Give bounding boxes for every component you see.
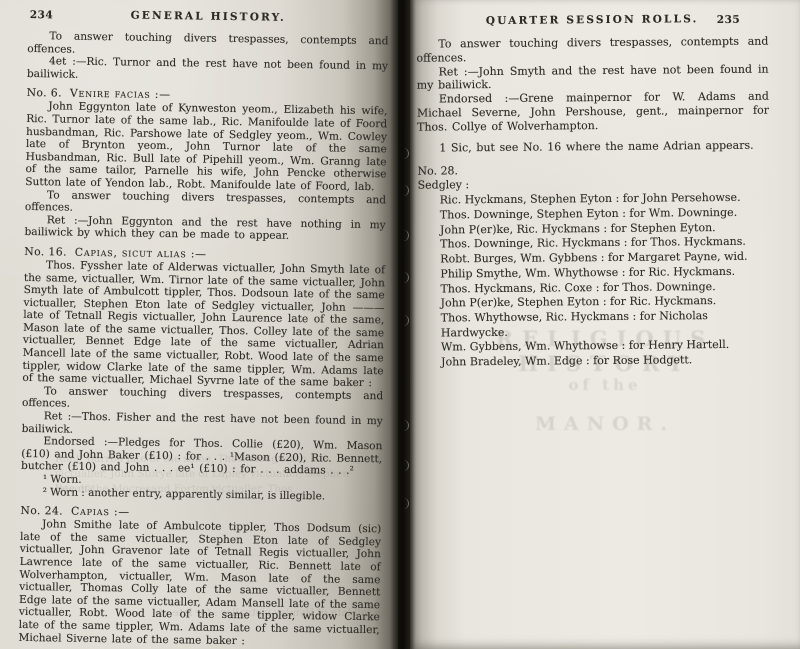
book-spine-gutter <box>390 0 416 649</box>
running-header: QUARTER SESSION ROLLS. <box>416 13 768 28</box>
right-page-content: QUARTER SESSION ROLLS. 235 To answer tou… <box>410 0 800 649</box>
pledge-entry: John Bradeley, Wm. Edge : for Rose Hodge… <box>441 353 771 371</box>
section-title: Capias :— <box>71 505 130 519</box>
paragraph-names: John Smithe late of Ambulcote tippler, T… <box>18 518 381 649</box>
section-number: No. 6. <box>27 86 63 100</box>
stitch-mark <box>401 272 409 283</box>
sic-note: 1 Sic, but see No. 16 where the name Adr… <box>417 138 769 155</box>
page-number: 234 <box>30 9 54 21</box>
running-header: GENERAL HISTORY. <box>28 8 389 25</box>
left-page: Robt. Barron late of the same, Thos. Hod… <box>0 0 398 649</box>
section-title: Venire facias :— <box>70 87 171 101</box>
section-number: No. 16. <box>24 245 67 259</box>
section-number: No. 24. <box>20 504 63 518</box>
stitch-mark <box>401 420 409 431</box>
book-scan: Robt. Barron late of the same, Thos. Hod… <box>0 0 800 649</box>
paragraph-names: John Eggynton late of Kynweston yeom., E… <box>25 100 387 194</box>
stitch-mark <box>401 498 409 509</box>
paragraph-endorsed: Endorsed :—Pledges for Thos. Collie (£20… <box>21 435 383 478</box>
left-page-content: 234 GENERAL HISTORY. To answer touching … <box>0 0 398 649</box>
stitch-mark <box>401 230 409 241</box>
paragraph-return: 4et :—Ric. Turnor and the rest have not … <box>27 55 388 86</box>
page-number: 235 <box>717 14 741 26</box>
paragraph-names: Thos. Fyssher late of Alderwas victualle… <box>22 259 385 390</box>
pledge-entry: Philip Smythe, Wm. Whythowse : for Ric. … <box>440 264 770 282</box>
stitch-mark <box>401 148 409 159</box>
stitch-mark <box>401 460 409 471</box>
right-page-header: QUARTER SESSION ROLLS. 235 <box>416 13 768 33</box>
left-page-header: 234 GENERAL HISTORY. <box>28 8 389 30</box>
pledge-entry: Thos. Downinge, Stephen Eyton : for Wm. … <box>440 206 770 224</box>
stitch-mark <box>401 315 409 326</box>
paragraph-return: Ret :—John Smyth and the rest have not b… <box>417 62 769 93</box>
right-page: RELIGIOUS HISTORY of the MANOR. QUARTER … <box>410 0 800 649</box>
paragraph-return: Ret :—John Eggynton and the rest have no… <box>24 214 385 245</box>
pledge-entry: Thos. Whythowse, Ric. Hyckmans : for Nic… <box>441 309 771 341</box>
pledge-list: Ric. Hyckmans, Stephen Eyton : for John … <box>418 191 772 371</box>
stitch-mark <box>401 185 409 196</box>
section-title: Capias, sicut alias :— <box>75 246 207 261</box>
paragraph-endorsed: Endorsed :—Grene mainpernor for W. Adams… <box>417 90 769 134</box>
pledge-entry: Wm. Gybbens, Wm. Whythowse : for Henry H… <box>441 338 771 356</box>
paragraph-answer: To answer touching divers trespasses, co… <box>416 35 768 66</box>
